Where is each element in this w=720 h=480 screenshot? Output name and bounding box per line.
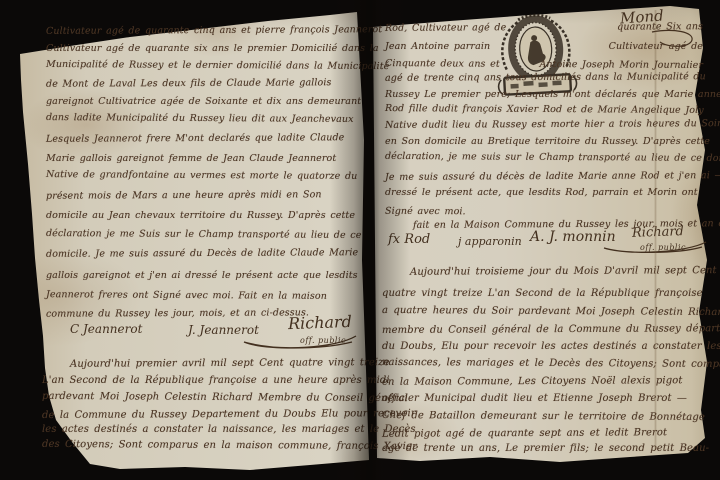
manuscript-line: Ledit pigot agé de quarante sept ans et … [382,427,667,439]
line-fragment: Jean Antoine parrain [385,41,490,52]
manuscript-line: Je me suis assuré du décès de ladite Mar… [385,170,720,183]
manuscript-line: de la Commune du Russey Departement du D… [42,408,416,421]
manuscript-line: Cultivateur agé de quarante cinq ans et … [46,24,382,37]
manuscript-line: Aujourd'hui premier avril mil sept Cent … [42,357,390,370]
manuscript-line: naissances, les mariages et le Decès des… [382,357,720,370]
manuscript-line: Municipalité de Russey et le dernier dom… [46,59,389,72]
manuscript-line: des Citoyens; Sont comparus en la maison… [42,439,417,452]
register-photo: Cultivateur agé de quarante cinq ans et … [0,0,720,480]
signature-rod: fx Rod [388,232,430,247]
manuscript-line: officier Municipal dudit lieu et Etienne… [382,393,687,404]
manuscript-line: Signé avec moi. [385,206,466,217]
line-fragment: Rod, Cultivateur agé de [385,22,506,34]
manuscript-line: Aujourd'hui troisieme jour du Mois D'avr… [382,265,717,278]
manuscript-line: a quatre heures du Soir pardevant Moi Jo… [382,305,720,318]
manuscript-line: en Son domicile au Bretique territoire d… [385,136,710,147]
manuscript-line: Jeannerot freres ont Signé avec moi. Fai… [46,289,327,302]
manuscript-line: du Doubs, Elu pour recevoir les actes de… [382,341,720,352]
line-fragment: Cultivateur agé de [609,41,703,52]
manuscript-line: dans ladite Municipalité du Russey lieu … [46,112,354,125]
manuscript-line: déclaration je me Suis sur le Champ tran… [46,228,362,241]
manuscript-line: déclaration, je me suis sur le Champ tra… [385,151,720,164]
manuscript-line: Cinquante deux ans et Antoine Joseph Mor… [385,58,703,71]
signature-apparonin: j apparonin [458,235,522,248]
manuscript-line: gareignot Cultivatrice agée de Soixante … [46,96,361,107]
manuscript-line: domicile au Jean chevaux territoire du R… [46,210,355,221]
manuscript-line: L'an Second de la République françoise a… [42,375,390,386]
manuscript-line: membre du Conseil général de la Commune … [382,323,720,336]
manuscript-line: Marie gallois gareignot femme de Jean Cl… [46,153,336,164]
manuscript-line: gallois gareignot et j'en ai dressé le p… [46,270,358,281]
line-fragment: quarante Six ans [617,21,703,32]
manuscript-line: Rod, Cultivateur agé de quarante Six ans [385,21,703,34]
signature-jeannerot-1: C Jeannerot [70,322,142,336]
manuscript-line: les actes destinés a constater la naissa… [42,424,416,435]
manuscript-line: Chef de Bataillon demeurant sur le terri… [382,410,705,423]
manuscript-line: domicile. Je me suis assuré du Decès de … [46,247,358,260]
manuscript-line: Native dudit lieu du Russey est morte hi… [385,118,720,131]
manuscript-line: en la Maison Commune, Les Citoyens Noël … [382,375,683,388]
manuscript-line: dressé le présent acte, que lesdits Rod,… [385,187,698,198]
manuscript-line: commune du Russey les jour, mois, et an … [46,307,309,319]
manuscript-line: quatre vingt treize L'an Second de la Ré… [382,288,703,299]
manuscript-line: pardevant Moi Joseph Celestin Richard Me… [42,391,408,404]
signature-richard-2-title: off. public [640,243,686,252]
manuscript-line: Cultivateur agé de quarante six ans le p… [46,43,379,54]
line-fragment: Cinquante deux ans et [385,58,500,70]
manuscript-line: présent mois de Mars a une heure après m… [46,189,322,201]
manuscript-line: Rod fille dudit françois Xavier Rod et d… [385,103,704,116]
manuscript-line: Russey Le premier pere; Lesquels m'ont d… [385,89,720,100]
manuscript-line: Jean Antoine parrain Cultivateur agé de [385,41,703,52]
manuscript-line: agé de trente cinq ans tous domiciliés d… [385,71,706,84]
manuscript-line: agé de trente un ans, Le premier fils; l… [382,443,709,454]
manuscript-line: Native de grandfontaine au vermes est mo… [46,169,357,182]
manuscript-line: Lesquels Jeannerot frere M'ont declarés … [46,132,344,145]
signature-richard-title: off. public [300,336,346,345]
manuscript-line: de Mont de Laval Les deux fils de Claude… [46,77,331,89]
line-fragment: Antoine Joseph Morin Journalier [539,59,703,71]
